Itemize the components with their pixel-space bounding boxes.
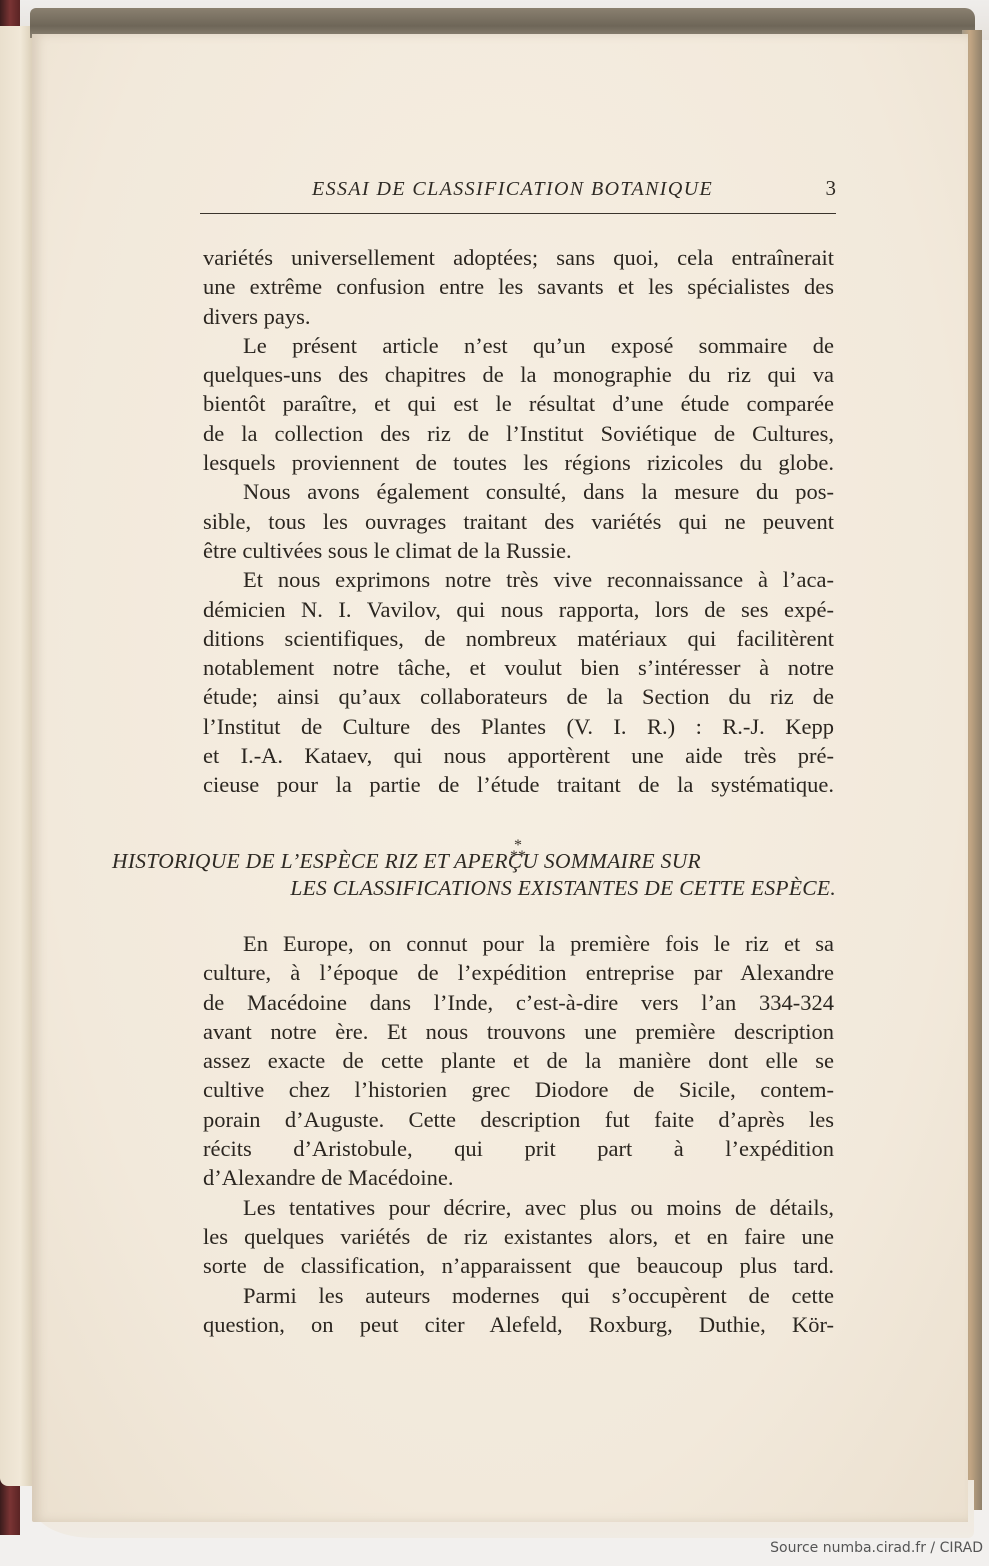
text-line: Le présent article n’est qu’un exposé so… — [203, 331, 834, 360]
text-line: sorte de classification, n’apparaissent … — [203, 1251, 834, 1280]
header-rule — [200, 213, 836, 214]
text-line: sible, tous les ouvrages traitant des va… — [203, 507, 834, 536]
text-line: En Europe, on connut pour la première fo… — [203, 929, 834, 958]
section-heading: HISTORIQUE DE L’ESPÈCE RIZ ET APERÇU SOM… — [112, 848, 836, 902]
previous-page-edge — [0, 26, 34, 1486]
text-line: ditions scientifiques, de nombreux matér… — [203, 624, 834, 653]
text-line: cieuse pour la partie de l’étude traitan… — [203, 770, 834, 799]
running-head-title: ESSAI DE CLASSIFICATION BOTANIQUE — [312, 178, 713, 201]
text-line: cultive chez l’historien grec Diodore de… — [203, 1075, 834, 1104]
text-line: de la collection des riz de l’Institut S… — [203, 419, 834, 448]
text-line: avant notre ère. Et nous trouvons une pr… — [203, 1017, 834, 1046]
text-block-introduction: variétés universellement adoptées; sans … — [203, 243, 834, 800]
text-line: de Macédoine dans l’Inde, c’est-à-dire v… — [203, 988, 834, 1017]
source-credit: Source numba.cirad.fr / CIRAD — [770, 1540, 983, 1556]
text-line: divers pays. — [203, 302, 834, 331]
text-line: culture, à l’époque de l’expédition entr… — [203, 958, 834, 987]
text-line: Les tentatives pour décrire, avec plus o… — [203, 1193, 834, 1222]
section-heading-line-2: LES CLASSIFICATIONS EXISTANTES DE CETTE … — [112, 875, 836, 902]
text-line: une extrême confusion entre les savants … — [203, 272, 834, 301]
text-line: quelques-uns des chapitres de la monogra… — [203, 360, 834, 389]
text-line: Et nous exprimons notre très vive reconn… — [203, 565, 834, 594]
page-number: 3 — [826, 176, 837, 201]
text-line: variétés universellement adoptées; sans … — [203, 243, 834, 272]
text-line: porain d’Auguste. Cette description fut … — [203, 1105, 834, 1134]
text-line: l’Institut de Culture des Plantes (V. I.… — [203, 712, 834, 741]
running-head: ESSAI DE CLASSIFICATION BOTANIQUE 3 — [200, 176, 836, 206]
section-heading-line-1: HISTORIQUE DE L’ESPÈCE RIZ ET APERÇU SOM… — [112, 848, 836, 875]
text-line: Nous avons également consulté, dans la m… — [203, 477, 834, 506]
text-line: question, on peut citer Alefeld, Roxburg… — [203, 1310, 834, 1339]
text-line: lesquels proviennent de toutes les régio… — [203, 448, 834, 477]
text-line: et I.-A. Kataev, qui nous apportèrent un… — [203, 741, 834, 770]
text-block-historique: En Europe, on connut pour la première fo… — [203, 929, 834, 1339]
text-line: étude; ainsi qu’aux collaborateurs de la… — [203, 682, 834, 711]
text-line: d’Alexandre de Macédoine. — [203, 1163, 834, 1192]
text-line: être cultivées sous le climat de la Russ… — [203, 536, 834, 565]
text-line: démicien N. I. Vavilov, qui nous rapport… — [203, 595, 834, 624]
text-line: Parmi les auteurs modernes qui s’occupèr… — [203, 1281, 834, 1310]
text-line: bientôt paraître, et qui est le résultat… — [203, 389, 834, 418]
text-line: notablement notre tâche, et voulut bien … — [203, 653, 834, 682]
text-line: les quelques variétés de riz existantes … — [203, 1222, 834, 1251]
text-line: assez exacte de cette plante et de la ma… — [203, 1046, 834, 1075]
text-line: récits d’Aristobule, qui prit part à l’e… — [203, 1134, 834, 1163]
